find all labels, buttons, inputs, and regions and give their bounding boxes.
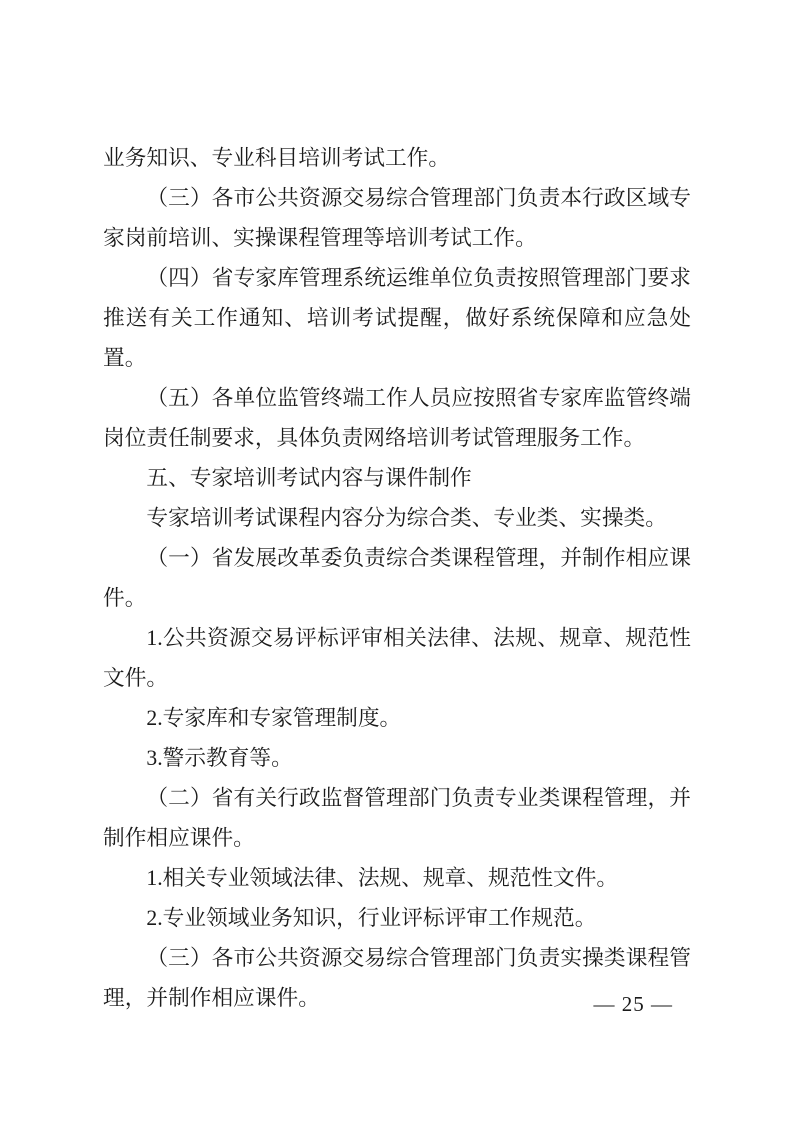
- paragraph-clause-3-training: （三）各市公共资源交易综合管理部门负责本行政区域专家岗前培训、实操课程管理等培训…: [103, 178, 691, 258]
- paragraph-clause-1-comprehensive: （一）省发展改革委负责综合类课程管理，并制作相应课件。: [103, 538, 691, 618]
- list-item-1-laws: 1.公共资源交易评标评审相关法律、法规、规章、规范性文件。: [103, 618, 691, 698]
- paragraph-clause-5-terminal-staff: （五）各单位监管终端工作人员应按照省专家库监管终端岗位责任制要求，具体负责网络培…: [103, 378, 691, 458]
- document-page: 业务知识、专业科目培训考试工作。 （三）各市公共资源交易综合管理部门负责本行政区…: [0, 0, 793, 1122]
- section-heading-five: 五、专家培训考试内容与课件制作: [103, 458, 691, 498]
- document-body: 业务知识、专业科目培训考试工作。 （三）各市公共资源交易综合管理部门负责本行政区…: [103, 138, 691, 1018]
- list-item-2-expert-db: 2.专家库和专家管理制度。: [103, 698, 691, 738]
- paragraph-continuation: 业务知识、专业科目培训考试工作。: [103, 138, 691, 178]
- paragraph-course-types: 专家培训考试课程内容分为综合类、专业类、实操类。: [103, 498, 691, 538]
- list-item-2-professional-knowledge: 2.专业领域业务知识，行业评标评审工作规范。: [103, 898, 691, 938]
- page-number: — 25 —: [594, 990, 674, 1018]
- paragraph-clause-4-system-ops: （四）省专家库管理系统运维单位负责按照管理部门要求推送有关工作通知、培训考试提醒…: [103, 258, 691, 378]
- list-item-1-professional-laws: 1.相关专业领域法律、法规、规章、规范性文件。: [103, 858, 691, 898]
- paragraph-clause-2-professional: （二）省有关行政监督管理部门负责专业类课程管理，并制作相应课件。: [103, 778, 691, 858]
- list-item-3-warning-education: 3.警示教育等。: [103, 738, 691, 778]
